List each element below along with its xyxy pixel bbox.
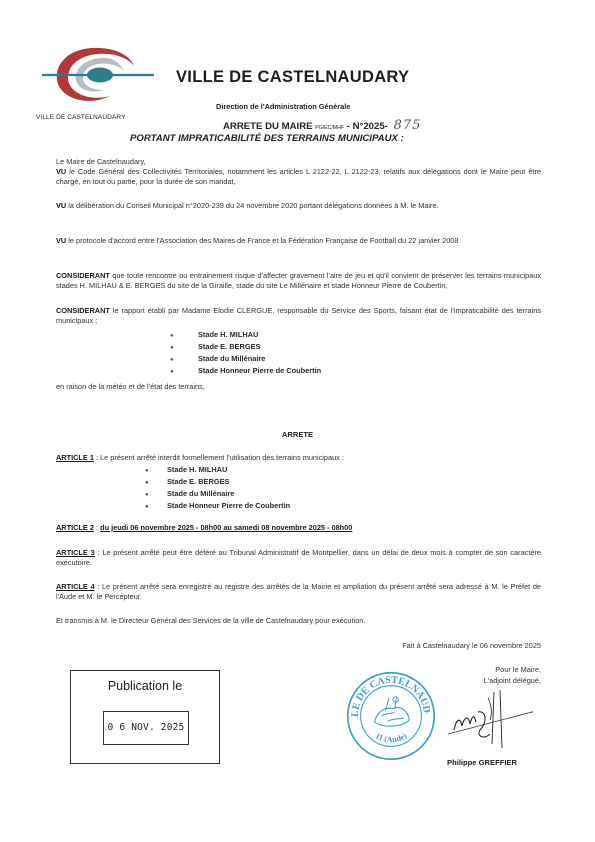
handwritten-number: 875 — [394, 118, 422, 133]
article-label: ARTICLE 2 — [56, 523, 94, 532]
signer-name: Philippe GREFFIER — [447, 758, 517, 767]
considerant-text: le rapport établi par Madame Elodie CLER… — [56, 306, 541, 325]
preamble-vu-cgct: Le Maire de Castelnaudary, VU le Code Gé… — [56, 157, 541, 188]
publication-stamp: Publication le 0 6 NOV. 2025 — [70, 670, 220, 764]
svg-text:11 (Aude): 11 (Aude) — [374, 731, 409, 744]
vu-text: le protocole d'accord entre l'Associatio… — [66, 236, 458, 245]
signing-place-date: Fait à Castelnaudary le 06 novembre 2025 — [402, 641, 541, 650]
mayor-intro: Le Maire de Castelnaudary, — [56, 157, 146, 166]
stadium-list-item: ●Stade du Millénaire — [145, 489, 234, 498]
bullet-icon: ● — [170, 333, 198, 339]
stadium-name: Stade Honneur Pierre de Coubertin — [167, 501, 290, 510]
closure-period: du jeudi 06 novembre 2025 - 08h00 au sam… — [100, 523, 352, 532]
vu-label: VU — [56, 201, 66, 210]
article-text: : Le présent arrêté peut être déféré au … — [56, 548, 541, 567]
department-name: Direction de l'Administration Générale — [216, 102, 350, 111]
stadium-name: Stade Honneur Pierre de Coubertin — [198, 366, 321, 375]
bullet-icon: ● — [145, 468, 167, 474]
article-2: ARTICLE 2 : du jeudi 06 novembre 2025 - … — [56, 523, 541, 533]
article-1: ARTICLE 1 : Le présent arrêté interdit f… — [56, 453, 541, 463]
arrete-prefix: ARRETE DU MAIRE — [223, 121, 313, 132]
stadium-list-item: ●Stade E. BERGES — [170, 342, 260, 351]
preamble-considerant-1: CONSIDERANT que toute rencontre ou entra… — [56, 271, 541, 291]
stadium-list-item: ●Stade du Millénaire — [170, 354, 265, 363]
stadium-list-item: ●Stade E. BERGES — [145, 477, 229, 486]
preamble-considerant-2: CONSIDERANT le rapport établi par Madame… — [56, 306, 541, 326]
bullet-icon: ● — [170, 369, 198, 375]
publication-date: 0 6 NOV. 2025 — [103, 711, 189, 745]
considerant-label: CONSIDERANT — [56, 271, 110, 280]
bullet-icon: ● — [145, 492, 167, 498]
reason-text: en raison de la météo et de l'état des t… — [56, 382, 541, 392]
arrete-reference: PG/EC/MHF — [315, 125, 344, 131]
stadium-list-item: ●Stade Honneur Pierre de Coubertin — [170, 366, 321, 375]
article-4: ARTICLE 4 : Le présent arrêté sera enreg… — [56, 582, 541, 602]
stadium-list-item: ●Stade H. MILHAU — [170, 330, 258, 339]
city-logo-icon — [38, 44, 158, 106]
stadium-list-item: ●Stade H. MILHAU — [145, 465, 227, 474]
bullet-icon: ● — [170, 357, 198, 363]
considerant-label: CONSIDERANT — [56, 306, 110, 315]
article-label: ARTICLE 1 — [56, 453, 94, 462]
preamble-vu-deliberation: VU la délibération du Conseil Municipal … — [56, 201, 541, 211]
arrete-number: - N°2025- — [347, 121, 388, 132]
stadium-name: Stade du Millénaire — [167, 489, 234, 498]
arrete-subject: PORTANT IMPRATICABILITÉ DES TERRAINS MUN… — [130, 133, 404, 144]
city-title: VILLE DE CASTELNAUDARY — [176, 68, 409, 87]
article-label: ARTICLE 4 — [56, 582, 95, 591]
arrete-heading: ARRETE DU MAIRE PG/EC/MHF - N°2025- 875 — [223, 118, 421, 133]
handwritten-signature-icon — [440, 690, 540, 750]
bullet-icon: ● — [170, 345, 198, 351]
authority-line: L'adjoint délégué, — [484, 676, 541, 685]
logo-caption: VILLE DE CASTELNAUDARY — [36, 114, 126, 121]
considerant-text: que toute rencontre ou entrainement risq… — [56, 271, 541, 290]
publication-title: Publication le — [71, 679, 219, 693]
preamble-vu-protocole: VU le protocole d'accord entre l'Associa… — [56, 236, 541, 246]
signing-authority: Pour le Maire, L'adjoint délégué, — [484, 665, 541, 686]
vu-label: VU — [56, 236, 66, 245]
article-3: ARTICLE 3 : Le présent arrêté peut être … — [56, 548, 541, 568]
decision-title: ARRETE — [0, 430, 595, 439]
stadium-name: Stade H. MILHAU — [167, 465, 227, 474]
article-text: : Le présent arrêté interdit formellemen… — [94, 453, 344, 462]
stadium-name: Stade E. BERGES — [198, 342, 260, 351]
vu-text: la délibération du Conseil Municipal n°2… — [66, 201, 438, 210]
bullet-icon: ● — [145, 504, 167, 510]
city-seal-icon: VILLE DE CASTELNAUDARY 11 (Aude) — [345, 670, 437, 762]
transmission-text: Et transmis à M. le Directeur Général de… — [56, 616, 541, 626]
vu-label: VU — [56, 167, 66, 176]
stadium-list-item: ●Stade Honneur Pierre de Coubertin — [145, 501, 290, 510]
authority-line: Pour le Maire, — [495, 665, 541, 674]
stadium-name: Stade H. MILHAU — [198, 330, 258, 339]
stadium-name: Stade E. BERGES — [167, 477, 229, 486]
article-label: ARTICLE 3 — [56, 548, 95, 557]
bullet-icon: ● — [145, 480, 167, 486]
vu-text: le Code Général des Collectivités Territ… — [56, 167, 541, 186]
svg-text:VILLE DE CASTELNAUDARY: VILLE DE CASTELNAUDARY — [345, 670, 432, 717]
article-text: : Le présent arrêté sera enregistré au r… — [56, 582, 541, 601]
document-page: VILLE DE CASTELNAUDARY VILLE DE CASTELNA… — [0, 0, 595, 842]
stadium-name: Stade du Millénaire — [198, 354, 265, 363]
